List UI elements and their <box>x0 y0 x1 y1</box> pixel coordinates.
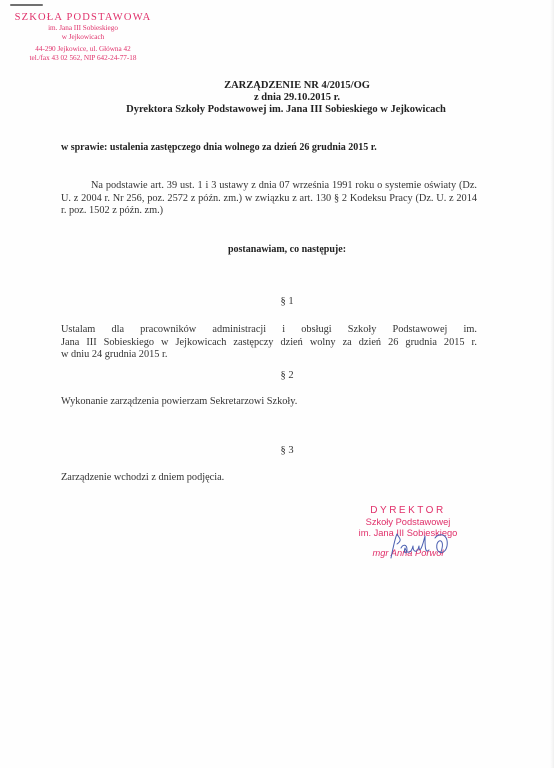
handwritten-signature-icon <box>383 528 463 564</box>
section-2-mark: § 2 <box>0 370 554 381</box>
school-contact: tel./fax 43 02 562, NIP 642-24-77-18 <box>8 54 158 63</box>
legal-basis-paragraph: Na podstawie art. 39 ust. 1 i 3 ustawy z… <box>61 180 477 218</box>
section-2-text: Wykonanie zarządzenia powierzam Sekretar… <box>61 396 461 409</box>
school-address: 44-290 Jejkowice, ul. Główna 42 <box>8 45 158 54</box>
decision-phrase: postanawiam, co następuje: <box>0 244 554 255</box>
section-1-mark: § 1 <box>0 296 554 307</box>
school-location: w Jejkowicach <box>8 33 158 42</box>
scan-mark <box>10 4 43 6</box>
document-header: ZARZĄDZENIE NR 4/2015/OG z dnia 29.10.20… <box>0 80 554 116</box>
school-header-stamp: SZKOŁA PODSTAWOWA im. Jana III Sobieskie… <box>8 12 158 63</box>
section-1-line: Ustalam dla pracowników administracji i … <box>61 324 477 337</box>
school-name: SZKOŁA PODSTAWOWA <box>8 12 158 24</box>
director-title: DYREKTOR <box>338 505 478 517</box>
document-issuer: Dyrektora Szkoły Podstawowej im. Jana II… <box>0 104 554 116</box>
director-school: Szkoły Podstawowej <box>338 517 478 528</box>
section-3-mark: § 3 <box>0 445 554 456</box>
section-1-line: w dniu 24 grudnia 2015 r. <box>61 349 477 362</box>
section-3-text: Zarządzenie wchodzi z dniem podjęcia. <box>61 472 461 485</box>
legal-basis-text: Na podstawie art. 39 ust. 1 i 3 ustawy z… <box>61 180 477 216</box>
section-1-line: Jana III Sobieskiego w Jejkowicach zastę… <box>61 337 477 350</box>
section-1-text: Ustalam dla pracowników administracji i … <box>61 324 477 362</box>
document-page: SZKOŁA PODSTAWOWA im. Jana III Sobieskie… <box>0 0 554 768</box>
document-title: ZARZĄDZENIE NR 4/2015/OG <box>0 80 554 92</box>
document-date: z dnia 29.10.2015 r. <box>0 92 554 104</box>
school-patron: im. Jana III Sobieskiego <box>8 24 158 33</box>
document-subject: w sprawie: ustalenia zastępczego dnia wo… <box>61 142 377 153</box>
